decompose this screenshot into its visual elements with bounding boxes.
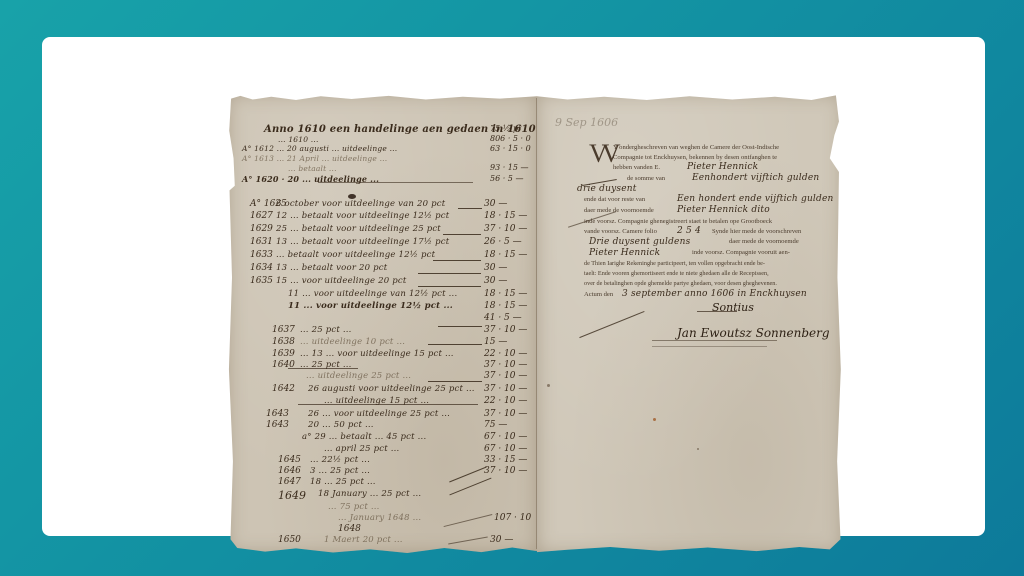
signature-2: Jan Ewoutsz Sonnenberg bbox=[677, 326, 830, 340]
ledger-row: ... uitdeelinge 15 pct ... 22 · 10 — bbox=[228, 396, 537, 410]
printed-line: taelt: Ende vooren ghemortiseert ende te… bbox=[584, 269, 824, 279]
ledger-header-amount: 93 · 15 — bbox=[490, 163, 529, 172]
handwritten-date: 3 september anno 1606 in Enckhuysen bbox=[622, 289, 807, 299]
ledger-header-amount: 56 · 5 — bbox=[490, 174, 523, 183]
handwritten-sum: Eenhondert vijftich gulden bbox=[692, 173, 819, 183]
printed-line: inde voorsz. Compagnie ghenegistreert st… bbox=[584, 217, 824, 227]
handwritten-amount: Drie duysent guldens bbox=[589, 237, 690, 247]
ledger-header-line: ... betaalt ... bbox=[288, 164, 337, 173]
handwritten-name: Pieter Hennick bbox=[687, 162, 758, 172]
ledger-row: 1649 18 January ... 25 pct ... bbox=[228, 489, 537, 503]
ledger-row: ... uitdeelinge 25 pct ... 37 · 10 — bbox=[228, 371, 537, 385]
left-page-ledger: Anno 1610 een handelinge aen gedaen in 1… bbox=[228, 94, 537, 553]
ledger-row: 1634 13 ... betaalt voor 20 pct 30 — bbox=[228, 263, 537, 277]
ledger-row: 1635 15 ... voor uitdeelinge 20 pct 30 — bbox=[228, 276, 537, 290]
ledger-header-line: A° 1612 ... 20 augusti ... uitdeelinge .… bbox=[242, 144, 397, 153]
ledger-header-line: A° 1613 ... 21 April ... uitdeelinge ... bbox=[242, 154, 387, 163]
page-fold bbox=[536, 98, 538, 549]
handwritten-folio: 2 5 4 bbox=[677, 226, 701, 236]
right-page-receipt: 9 Sep 1606 VV Y ondergheschreven van weg… bbox=[537, 94, 842, 553]
printed-line: Y ondergheschreven van weghen de Camere … bbox=[613, 143, 825, 153]
printed-line: daer mede de voornoemde bbox=[729, 237, 829, 247]
ledger-row: 1631 13 ... betaalt voor uitdeelinge 17½… bbox=[228, 237, 537, 251]
ledger-row: 1629 25 ... betaalt voor uitdeelinge 25 … bbox=[228, 224, 537, 238]
ledger-row: 1633 ... betaalt voor uitdeelinge 12½ pc… bbox=[228, 250, 537, 264]
ledger-header-amount: 75 ½ p° bbox=[490, 124, 522, 133]
handwritten-name: Pieter Hennick dito bbox=[677, 205, 770, 215]
document-scan: Anno 1610 een handelinge aen gedaen in 1… bbox=[228, 94, 842, 553]
ledger-header-line: ... 1610 ... bbox=[278, 135, 319, 144]
handwritten-rest: Een hondert ende vijftich gulden bbox=[677, 194, 834, 204]
handwritten-name: Pieter Hennick bbox=[589, 248, 660, 258]
printed-line: over de betalinghen opde ghemelde partye… bbox=[584, 279, 824, 289]
ledger-row: 1627 12 ... betaalt voor uitdeelinge 12½… bbox=[228, 211, 537, 225]
image-card: Anno 1610 een handelinge aen gedaen in 1… bbox=[42, 37, 985, 536]
ledger-row: 1650 1 Maert 20 pct ... 30 — bbox=[228, 535, 537, 549]
ledger-header-amount: 806 · 5 · 0 bbox=[490, 134, 531, 143]
printed-line: inde voorsz. Compagnie vooruit aen- bbox=[692, 248, 827, 258]
pencil-date-note: 9 Sep 1606 bbox=[555, 116, 618, 129]
printed-line: Synde hier mede de voorschreven bbox=[712, 227, 822, 237]
printed-line: de Thien Iarighe Rekeninghe participeert… bbox=[584, 259, 824, 269]
decorative-initial: VV bbox=[589, 142, 615, 166]
ledger-header-amount: 63 · 15 · 0 bbox=[490, 144, 531, 153]
